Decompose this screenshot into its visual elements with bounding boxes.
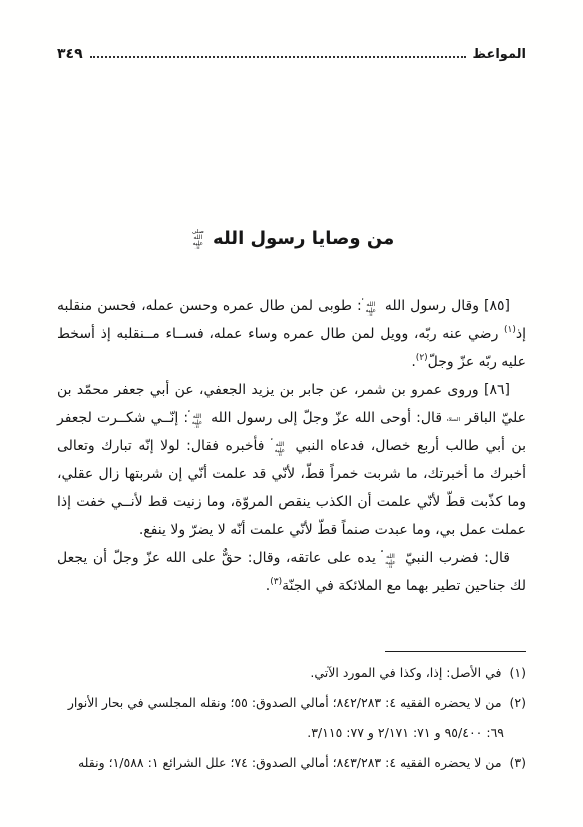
footnote: (٢) من لا يحضره الفقيه ٤: ٨٤٢/٢٨٣؛ أمالي… (57, 688, 526, 748)
page-number: ٣٤٩ (57, 46, 83, 62)
body-paragraph: [٨٦] وروى عمرو بن شمر، عن جابر بن يزيد ا… (57, 376, 526, 544)
footnote-ref: (٢) (416, 353, 428, 363)
chapter-title: من وصايا رسول الله صلى الله عليه وآله (0, 228, 583, 249)
footnotes: (١) في الأصل: إذا، وكذا في المورد الآتي.… (57, 658, 526, 778)
honorific-as-symbol: عليه السلام (447, 413, 460, 424)
footnote-ref: (٣) (270, 577, 282, 587)
running-section-title: المواعظ (473, 47, 526, 62)
page-header: المواعظ ٣٤٩ (57, 46, 526, 62)
footnote-continuation-line: ٦٩: ٩٥/٤٠٠ و ٧١: ٢/١٧١ و ٧٧: ٣/١١٥. (57, 718, 526, 748)
honorific-pbuh-symbol: صلى الله عليه وآله (381, 548, 399, 568)
body-paragraph: [٨٥] وقال رسول الله صلى الله عليه وآله: … (57, 292, 526, 376)
footnote-line: (٢) من لا يحضره الفقيه ٤: ٨٤٢/٢٨٣؛ أمالي… (57, 688, 526, 718)
footnote-line: (١) في الأصل: إذا، وكذا في المورد الآتي. (57, 658, 526, 688)
footnote-marker: (١) (510, 665, 527, 680)
body-paragraph: قال: فضرب النبيّ صلى الله عليه وآله يده … (57, 544, 526, 600)
footnote-separator (385, 651, 526, 652)
chapter-title-text: من وصايا رسول الله (213, 228, 394, 249)
footnote-marker: (٢) (510, 695, 527, 710)
book-page: المواعظ ٣٤٩ من وصايا رسول الله صلى الله … (0, 0, 583, 827)
footnote: (١) في الأصل: إذا، وكذا في المورد الآتي. (57, 658, 526, 688)
honorific-pbuh-symbol: صلى الله عليه وآله (188, 408, 206, 428)
honorific-pbuh-symbol: صلى الله عليه وآله (362, 296, 380, 316)
honorific-pbuh-symbol: صلى الله عليه وآله (189, 229, 207, 249)
footnote: (٣) من لا يحضره الفقيه ٤: ٨٤٣/٢٨٣؛ أمالي… (57, 748, 526, 778)
honorific-pbuh-symbol: صلى الله عليه وآله (271, 436, 289, 456)
dotted-leader (90, 56, 466, 58)
footnote-marker: (٣) (510, 755, 527, 770)
footnote-ref: (١) (504, 325, 516, 335)
footnote-line: (٣) من لا يحضره الفقيه ٤: ٨٤٣/٢٨٣؛ أمالي… (57, 748, 526, 778)
body-text: [٨٥] وقال رسول الله صلى الله عليه وآله: … (57, 292, 526, 600)
